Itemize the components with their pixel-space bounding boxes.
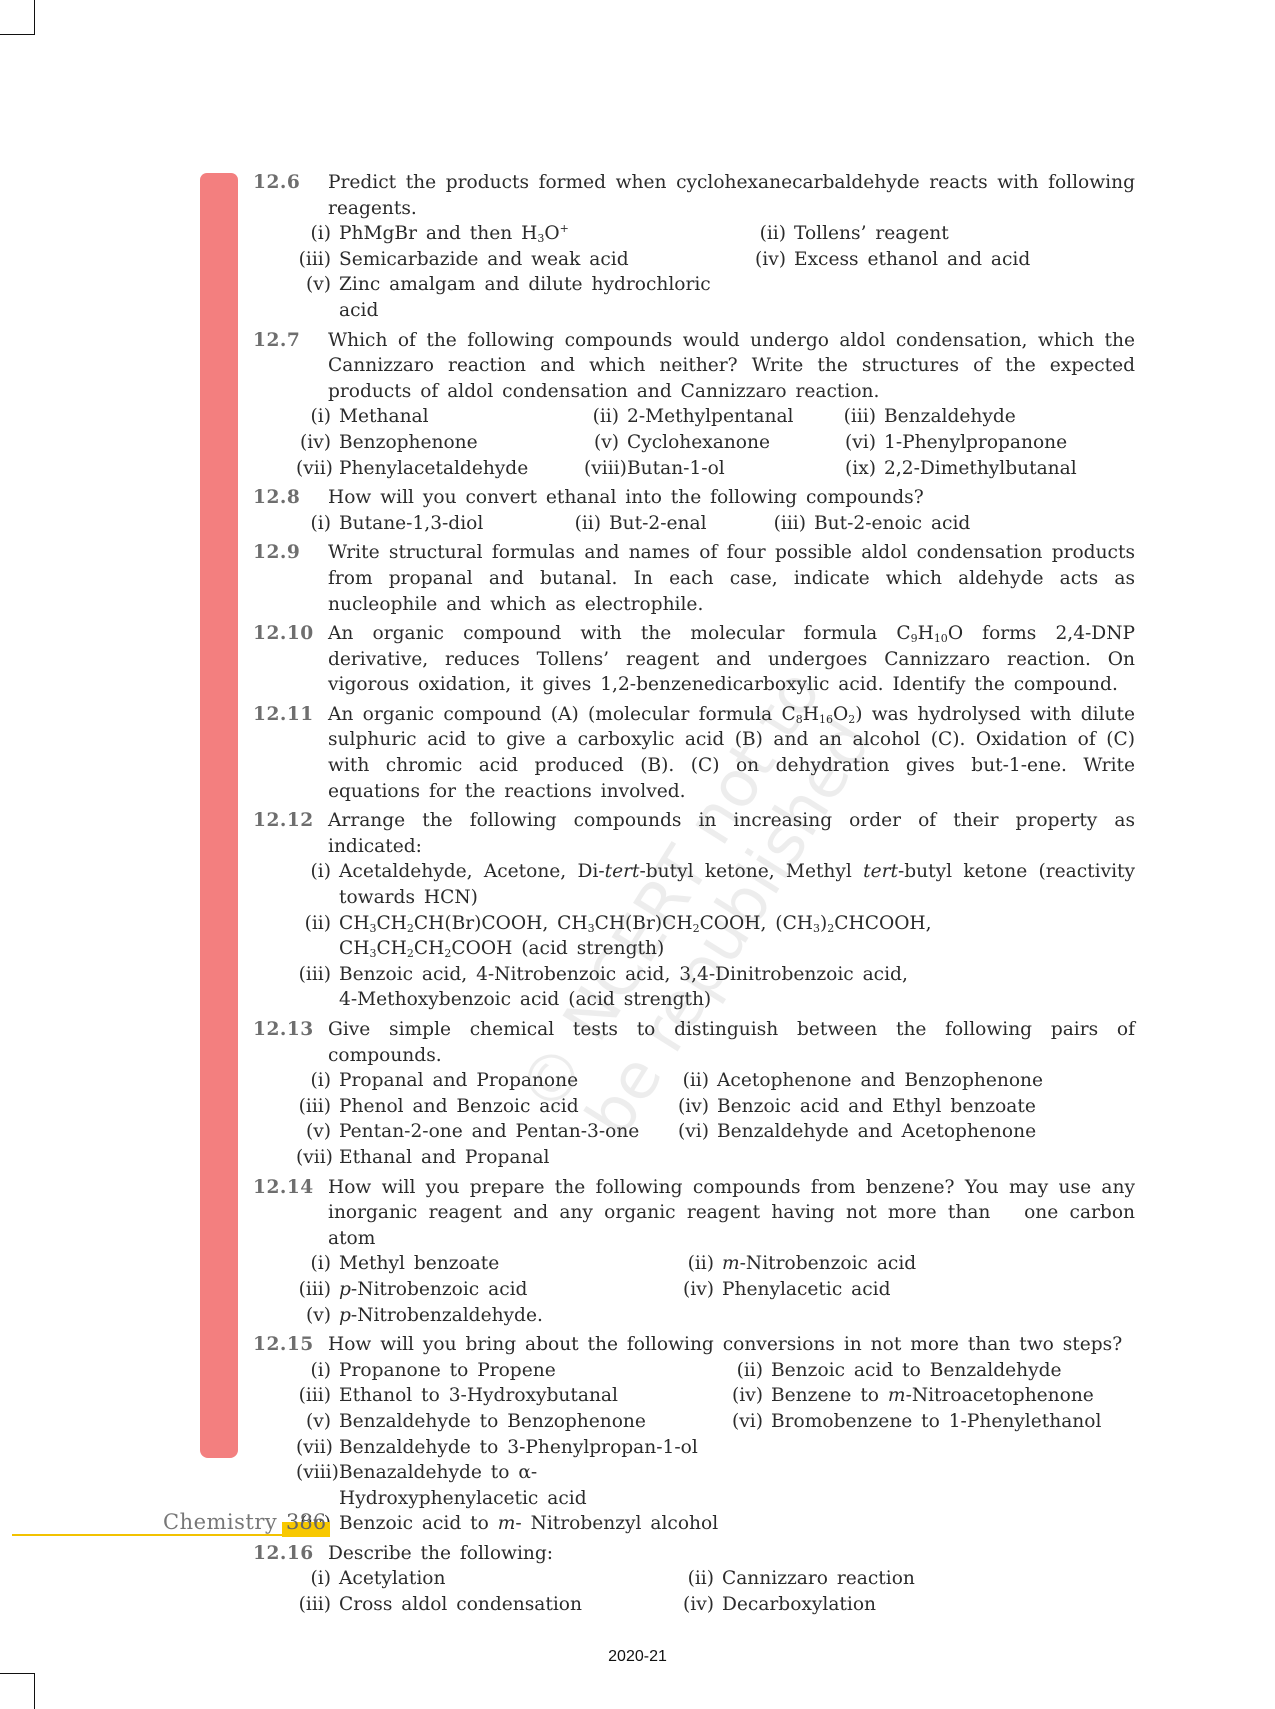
sub-item: (v)Pentan-2-one and Pentan-3-one	[296, 1119, 674, 1145]
item-label: (i)	[296, 221, 331, 247]
question-12-9: 12.9Write structural formulas and names …	[253, 540, 1135, 617]
question-12-14: 12.14How will you prepare the following …	[253, 1175, 1135, 1329]
item-label: (i)	[296, 1358, 331, 1384]
question-12-11: 12.11An organic compound (A) (molecular …	[253, 702, 1135, 804]
item-row: (ix)Benzoic acid to m- Nitrobenzyl alcoh…	[328, 1511, 1135, 1537]
sub-item: (iv)Decarboxylation	[679, 1592, 1135, 1618]
item-text: Cyclohexanone	[627, 430, 770, 456]
sub-item: (ix)Benzoic acid to m- Nitrobenzyl alcoh…	[296, 1511, 728, 1537]
item-label: (iv)	[751, 247, 786, 273]
item-text: Benzaldehyde and Acetophenone	[717, 1119, 1036, 1145]
item-label: (v)	[296, 1303, 331, 1329]
item-text: Benzaldehyde to Benzophenone	[339, 1409, 646, 1435]
sub-item: (i)Acetaldehyde, Acetone, Di-tert-butyl …	[296, 859, 1135, 910]
crop-mark-top-left	[0, 0, 35, 35]
item-text: But-2-enal	[609, 511, 707, 537]
item-text: 2-Methylpentanal	[627, 404, 794, 430]
item-label: (iii)	[296, 1592, 331, 1618]
question-text: An organic compound with the molecular f…	[328, 621, 1135, 698]
sub-item: (iv)Excess ethanol and acid	[751, 247, 1135, 273]
sub-item: (iv)Phenylacetic acid	[679, 1277, 1135, 1303]
item-label: (v)	[296, 272, 331, 298]
item-row: (vii)Benzaldehyde to 3-Phenylpropan-1-ol	[328, 1435, 1135, 1461]
sub-item: (vi)Benzaldehyde and Acetophenone	[674, 1119, 1135, 1145]
question-number: 12.13	[253, 1017, 314, 1043]
question-text: Arrange the following compounds in incre…	[328, 808, 1135, 859]
item-label: (vi)	[841, 430, 876, 456]
item-text: Benzoic acid to Benzaldehyde	[771, 1358, 1062, 1384]
sub-item: (i)Acetylation	[296, 1566, 679, 1592]
item-text: Acetylation	[339, 1566, 445, 1592]
item-label: (ii)	[566, 511, 601, 537]
item-row: (v)Zinc amalgam and dilute hydrochloric …	[328, 272, 1135, 323]
item-label: (viii)	[584, 456, 619, 482]
sub-item: (v)Zinc amalgam and dilute hydrochloric …	[296, 272, 751, 323]
item-row: (iii)p-Nitrobenzoic acid(iv)Phenylacetic…	[328, 1277, 1135, 1303]
sub-item: (v)Benzaldehyde to Benzophenone	[296, 1409, 728, 1435]
item-label: (iii)	[296, 962, 331, 988]
item-text: Benzoic acid, 4-Nitrobenzoic acid, 3,4-D…	[339, 962, 908, 1013]
item-row: (iv)Benzophenone(v)Cyclohexanone(vi)1-Ph…	[328, 430, 1135, 456]
item-label: (vi)	[674, 1119, 709, 1145]
item-label: (iv)	[728, 1383, 763, 1409]
item-text: Decarboxylation	[722, 1592, 876, 1618]
item-text: Methanal	[339, 404, 429, 430]
item-label: (ii)	[751, 221, 786, 247]
question-text: How will you prepare the following compo…	[328, 1175, 1135, 1252]
item-row: (vii)Ethanal and Propanal	[328, 1145, 1135, 1171]
item-text: Acetaldehyde, Acetone, Di-tert-butyl ket…	[339, 859, 1135, 910]
question-number: 12.15	[253, 1332, 314, 1358]
sub-item: (iii)Benzoic acid, 4-Nitrobenzoic acid, …	[296, 962, 1135, 1013]
item-row: (ii)CH3CH2CH(Br)COOH, CH3CH(Br)CH2COOH, …	[328, 911, 1135, 962]
item-text: Pentan-2-one and Pentan-3-one	[339, 1119, 639, 1145]
question-number: 12.7	[253, 328, 300, 354]
sub-item: (iii)Benzaldehyde	[841, 404, 1135, 430]
item-label: (ii)	[296, 911, 331, 937]
item-label: (i)	[296, 511, 331, 537]
item-label: (ii)	[679, 1566, 714, 1592]
item-label: (iv)	[679, 1592, 714, 1618]
item-row: (iii)Cross aldol condensation(iv)Decarbo…	[328, 1592, 1135, 1618]
item-label: (iv)	[296, 430, 331, 456]
sub-item: (iii)p-Nitrobenzoic acid	[296, 1277, 679, 1303]
item-label: (ii)	[674, 1068, 709, 1094]
sub-item: (vii)Phenylacetaldehyde	[296, 456, 584, 482]
question-number: 12.10	[253, 621, 314, 647]
item-text: Cannizzaro reaction	[722, 1566, 915, 1592]
exercise-list: 12.6Predict the products formed when cyc…	[253, 170, 1135, 1622]
item-label: (v)	[296, 1119, 331, 1145]
item-row: (v)Benzaldehyde to Benzophenone(vi)Bromo…	[328, 1409, 1135, 1435]
item-row: (iii)Benzoic acid, 4-Nitrobenzoic acid, …	[328, 962, 1135, 1013]
sub-item: (vii)Ethanal and Propanal	[296, 1145, 674, 1171]
item-text: m-Nitrobenzoic acid	[722, 1251, 916, 1277]
item-row: (i)Acetylation(ii)Cannizzaro reaction	[328, 1566, 1135, 1592]
item-label: (iii)	[296, 1383, 331, 1409]
sub-item: (i)Propanal and Propanone	[296, 1068, 674, 1094]
item-text: p-Nitrobenzoic acid	[339, 1277, 527, 1303]
question-12-16: 12.16Describe the following:(i)Acetylati…	[253, 1541, 1135, 1618]
sub-item: (ii)Cannizzaro reaction	[679, 1566, 1135, 1592]
item-label: (i)	[296, 1068, 331, 1094]
item-text: p-Nitrobenzaldehyde.	[339, 1303, 543, 1329]
page-number: 386	[286, 1510, 326, 1534]
question-number: 12.16	[253, 1541, 314, 1567]
item-label: (ii)	[679, 1251, 714, 1277]
question-text: An organic compound (A) (molecular formu…	[328, 702, 1135, 804]
item-label: (vii)	[296, 456, 331, 482]
sub-item: (v)p-Nitrobenzaldehyde.	[296, 1303, 679, 1329]
item-label: (v)	[584, 430, 619, 456]
item-label: (vii)	[296, 1435, 331, 1461]
item-label: (iii)	[841, 404, 876, 430]
sub-item: (vi)Bromobenzene to 1-Phenylethanol	[728, 1409, 1135, 1435]
item-label: (i)	[296, 1251, 331, 1277]
item-label: (iii)	[296, 1094, 331, 1120]
item-row: (iii)Ethanol to 3-Hydroxybutanal(iv)Benz…	[328, 1383, 1135, 1409]
sub-item: (iv)Benzene to m-Nitroacetophenone	[728, 1383, 1135, 1409]
item-text: Propanone to Propene	[339, 1358, 556, 1384]
item-label: (i)	[296, 859, 331, 885]
item-text: Excess ethanol and acid	[794, 247, 1030, 273]
item-text: Phenol and Benzoic acid	[339, 1094, 579, 1120]
item-text: Bromobenzene to 1-Phenylethanol	[771, 1409, 1101, 1435]
item-row: (i)Methyl benzoate(ii)m-Nitrobenzoic aci…	[328, 1251, 1135, 1277]
sub-item: (i)Methyl benzoate	[296, 1251, 679, 1277]
item-text: CH3CH2CH(Br)COOH, CH3CH(Br)CH2COOH, (CH3…	[339, 911, 932, 962]
item-label: (viii)	[296, 1460, 331, 1486]
item-text: Ethanol to 3-Hydroxybutanal	[339, 1383, 618, 1409]
edition-year: 2020-21	[0, 1648, 1275, 1666]
sub-item: (ii)Benzoic acid to Benzaldehyde	[728, 1358, 1135, 1384]
item-text: Benzaldehyde to 3-Phenylpropan-1-ol	[339, 1435, 698, 1461]
sub-item: (ii)But-2-enal	[566, 511, 771, 537]
item-row: (v)Pentan-2-one and Pentan-3-one(vi)Benz…	[328, 1119, 1135, 1145]
item-label: (iii)	[296, 247, 331, 273]
sub-item: (iii)Semicarbazide and weak acid	[296, 247, 751, 273]
item-label: (vi)	[728, 1409, 763, 1435]
sub-item: (iii)Ethanol to 3-Hydroxybutanal	[296, 1383, 728, 1409]
item-text: Acetophenone and Benzophenone	[717, 1068, 1043, 1094]
item-text: Zinc amalgam and dilute hydrochloric aci…	[339, 272, 751, 323]
question-text: Describe the following:	[328, 1541, 1135, 1567]
item-text: Semicarbazide and weak acid	[339, 247, 629, 273]
item-text: Butane-1,3-diol	[339, 511, 483, 537]
item-row: (iii)Phenol and Benzoic acid(iv)Benzoic …	[328, 1094, 1135, 1120]
item-text: Benzoic acid to m- Nitrobenzyl alcohol	[339, 1511, 718, 1537]
item-text: Benzene to m-Nitroacetophenone	[771, 1383, 1094, 1409]
item-text: Benzoic acid and Ethyl benzoate	[717, 1094, 1036, 1120]
question-text: Predict the products formed when cyclohe…	[328, 170, 1135, 221]
item-label: (ii)	[584, 404, 619, 430]
sub-item: (ii)2-Methylpentanal	[584, 404, 841, 430]
item-label: (iv)	[679, 1277, 714, 1303]
sub-item: (i)Butane-1,3-diol	[296, 511, 566, 537]
item-text: But-2-enoic acid	[814, 511, 970, 537]
sub-item: (iv)Benzoic acid and Ethyl benzoate	[674, 1094, 1135, 1120]
item-text: Phenylacetaldehyde	[339, 456, 528, 482]
sub-item: (viii)Benazaldehyde to α-Hydroxyphenylac…	[296, 1460, 728, 1511]
item-text: Tollens’ reagent	[794, 221, 949, 247]
question-number: 12.11	[253, 702, 314, 728]
sub-item: (i)PhMgBr and then H3O+	[296, 221, 751, 247]
sub-item: (iv)Benzophenone	[296, 430, 584, 456]
item-label: (v)	[296, 1409, 331, 1435]
item-text: PhMgBr and then H3O+	[339, 221, 569, 247]
item-label: (i)	[296, 404, 331, 430]
sub-item: (ix)2,2-Dimethylbutanal	[841, 456, 1135, 482]
question-12-13: 12.13Give simple chemical tests to disti…	[253, 1017, 1135, 1171]
question-number: 12.8	[253, 485, 300, 511]
item-label: (i)	[296, 1566, 331, 1592]
item-label: (ix)	[841, 456, 876, 482]
question-12-15: 12.15How will you bring about the follow…	[253, 1332, 1135, 1537]
item-text: Benazaldehyde to α-Hydroxyphenylacetic a…	[339, 1460, 728, 1511]
sub-item: (i)Propanone to Propene	[296, 1358, 728, 1384]
item-text: 1-Phenylpropanone	[884, 430, 1067, 456]
question-number: 12.12	[253, 808, 314, 834]
item-row: (i)Propanone to Propene(ii)Benzoic acid …	[328, 1358, 1135, 1384]
item-label: (ii)	[728, 1358, 763, 1384]
crop-mark-bottom-left	[0, 1673, 35, 1709]
question-number: 12.9	[253, 540, 300, 566]
question-text: How will you bring about the following c…	[328, 1332, 1135, 1358]
sub-item: (ii)Tollens’ reagent	[751, 221, 1135, 247]
question-12-6: 12.6Predict the products formed when cyc…	[253, 170, 1135, 324]
sub-item: (vii)Benzaldehyde to 3-Phenylpropan-1-ol	[296, 1435, 728, 1461]
item-row: (i)Acetaldehyde, Acetone, Di-tert-butyl …	[328, 859, 1135, 910]
sub-item: (ii)CH3CH2CH(Br)COOH, CH3CH(Br)CH2COOH, …	[296, 911, 1135, 962]
item-text: Benzophenone	[339, 430, 478, 456]
question-12-7: 12.7Which of the following compounds wou…	[253, 328, 1135, 482]
question-number: 12.6	[253, 170, 300, 196]
question-12-8: 12.8How will you convert ethanal into th…	[253, 485, 1135, 536]
sub-item: (ii)m-Nitrobenzoic acid	[679, 1251, 1135, 1277]
item-text: Phenylacetic acid	[722, 1277, 891, 1303]
item-row: (i)Methanal(ii)2-Methylpentanal(iii)Benz…	[328, 404, 1135, 430]
question-text: How will you convert ethanal into the fo…	[328, 485, 1135, 511]
question-12-12: 12.12Arrange the following compounds in …	[253, 808, 1135, 1013]
footer-subject: Chemistry	[163, 1510, 277, 1534]
item-row: (vii)Phenylacetaldehyde(viii)Butan-1-ol(…	[328, 456, 1135, 482]
item-text: Cross aldol condensation	[339, 1592, 582, 1618]
sub-item: (i)Methanal	[296, 404, 584, 430]
question-text: Give simple chemical tests to distinguis…	[328, 1017, 1135, 1068]
sub-item: (v)Cyclohexanone	[584, 430, 841, 456]
sub-item: (iii)Cross aldol condensation	[296, 1592, 679, 1618]
item-text: 2,2-Dimethylbutanal	[884, 456, 1077, 482]
item-row: (i)Propanal and Propanone(ii)Acetophenon…	[328, 1068, 1135, 1094]
item-row: (i)PhMgBr and then H3O+(ii)Tollens’ reag…	[328, 221, 1135, 247]
sub-item: (iii)But-2-enoic acid	[771, 511, 1135, 537]
item-text: Propanal and Propanone	[339, 1068, 578, 1094]
exercise-accent-bar	[200, 173, 238, 1458]
item-label: (vii)	[296, 1145, 331, 1171]
item-label: (iv)	[674, 1094, 709, 1120]
question-number: 12.14	[253, 1175, 314, 1201]
item-row: (iii)Semicarbazide and weak acid(iv)Exce…	[328, 247, 1135, 273]
sub-item: (vi)1-Phenylpropanone	[841, 430, 1135, 456]
item-row: (v)p-Nitrobenzaldehyde.	[328, 1303, 1135, 1329]
item-label: (iii)	[771, 511, 806, 537]
item-text: Ethanal and Propanal	[339, 1145, 550, 1171]
sub-item: (viii)Butan-1-ol	[584, 456, 841, 482]
item-text: Methyl benzoate	[339, 1251, 499, 1277]
question-12-10: 12.10An organic compound with the molecu…	[253, 621, 1135, 698]
item-row: (i)Butane-1,3-diol(ii)But-2-enal(iii)But…	[328, 511, 1135, 537]
sub-item: (iii)Phenol and Benzoic acid	[296, 1094, 674, 1120]
question-text: Which of the following compounds would u…	[328, 328, 1135, 405]
question-text: Write structural formulas and names of f…	[328, 540, 1135, 617]
item-text: Benzaldehyde	[884, 404, 1016, 430]
item-row: (viii)Benazaldehyde to α-Hydroxyphenylac…	[328, 1460, 1135, 1511]
item-label: (iii)	[296, 1277, 331, 1303]
item-text: Butan-1-ol	[627, 456, 725, 482]
sub-item: (ii)Acetophenone and Benzophenone	[674, 1068, 1135, 1094]
